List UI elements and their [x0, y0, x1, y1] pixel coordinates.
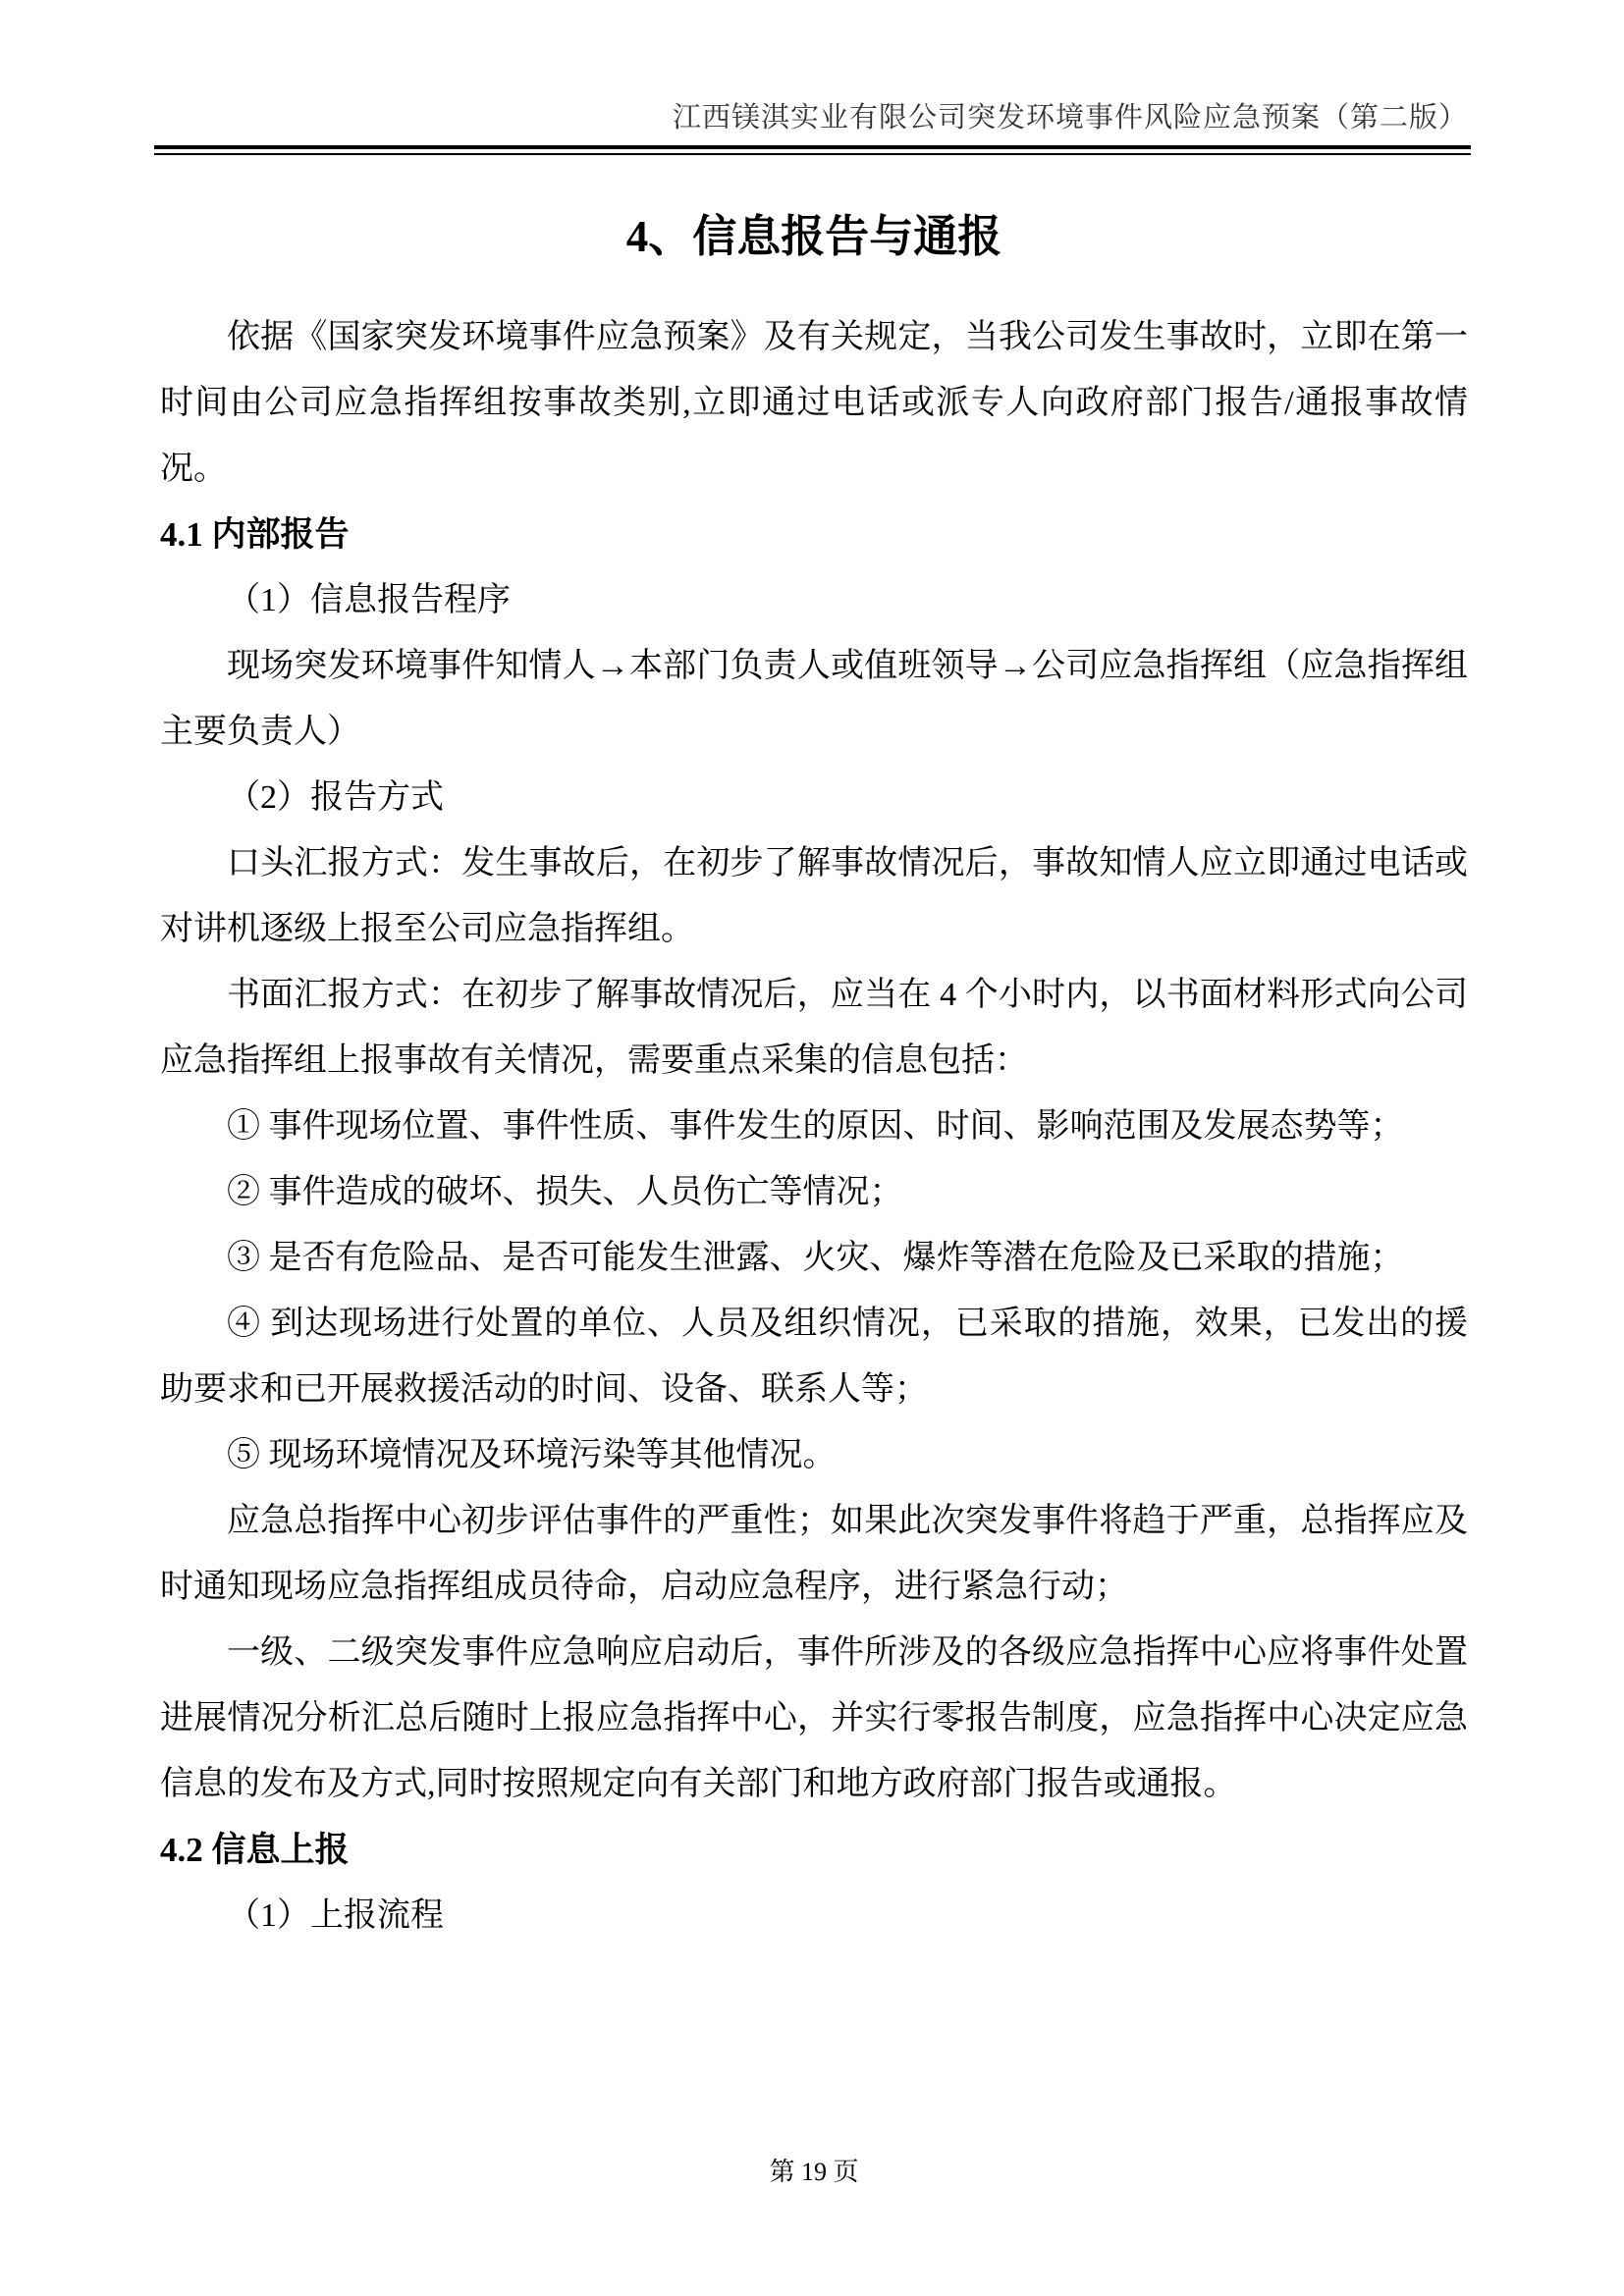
paragraph: 依据《国家突发环境事件应急预案》及有关规定，当我公司发生事故时，立即在第一时间由…: [160, 304, 1468, 502]
document-body: 依据《国家突发环境事件应急预案》及有关规定，当我公司发生事故时，立即在第一时间由…: [160, 304, 1468, 1949]
page-title: 4、信息报告与通报: [160, 206, 1468, 267]
list-item: ③ 是否有危险品、是否可能发生泄露、火灾、爆炸等潜在危险及已采取的措施；: [160, 1225, 1468, 1291]
paragraph: 现场突发环境事件知情人→本部门负责人或值班领导→公司应急指挥组（应急指挥组主要负…: [160, 633, 1468, 765]
list-item: ① 事件现场位置、事件性质、事件发生的原因、时间、影响范围及发展态势等；: [160, 1094, 1468, 1159]
list-item: ④ 到达现场进行处置的单位、人员及组织情况，已采取的措施，效果，已发出的援助要求…: [160, 1291, 1468, 1422]
paragraph: 一级、二级突发事件应急响应启动后，事件所涉及的各级应急指挥中心应将事件处置进展情…: [160, 1620, 1468, 1817]
paragraph: 口头汇报方式：发生事故后，在初步了解事故情况后，事故知情人应立即通过电话或对讲机…: [160, 830, 1468, 962]
paragraph: （1）上报流程: [160, 1883, 1468, 1949]
list-item: ⑤ 现场环境情况及环境污染等其他情况。: [160, 1422, 1468, 1488]
paragraph: 书面汇报方式：在初步了解事故情况后，应当在 4 个小时内，以书面材料形式向公司应…: [160, 962, 1468, 1094]
section-heading: 4.1 内部报告: [160, 502, 1468, 567]
section-heading: 4.2 信息上报: [160, 1817, 1468, 1883]
list-item: ② 事件造成的破坏、损失、人员伤亡等情况；: [160, 1159, 1468, 1225]
paragraph: （2）报告方式: [160, 765, 1468, 830]
paragraph: （1）信息报告程序: [160, 567, 1468, 633]
document-page: 江西镁淇实业有限公司突发环境事件风险应急预案（第二版） 4、信息报告与通报 依据…: [0, 0, 1624, 2296]
page-header: 江西镁淇实业有限公司突发环境事件风险应急预案（第二版）: [160, 100, 1468, 135]
header-divider: [154, 145, 1471, 155]
paragraph: 应急总指挥中心初步评估事件的严重性；如果此次突发事件将趋于严重，总指挥应及时通知…: [160, 1488, 1468, 1620]
page-number: 第 19 页: [160, 2156, 1468, 2189]
